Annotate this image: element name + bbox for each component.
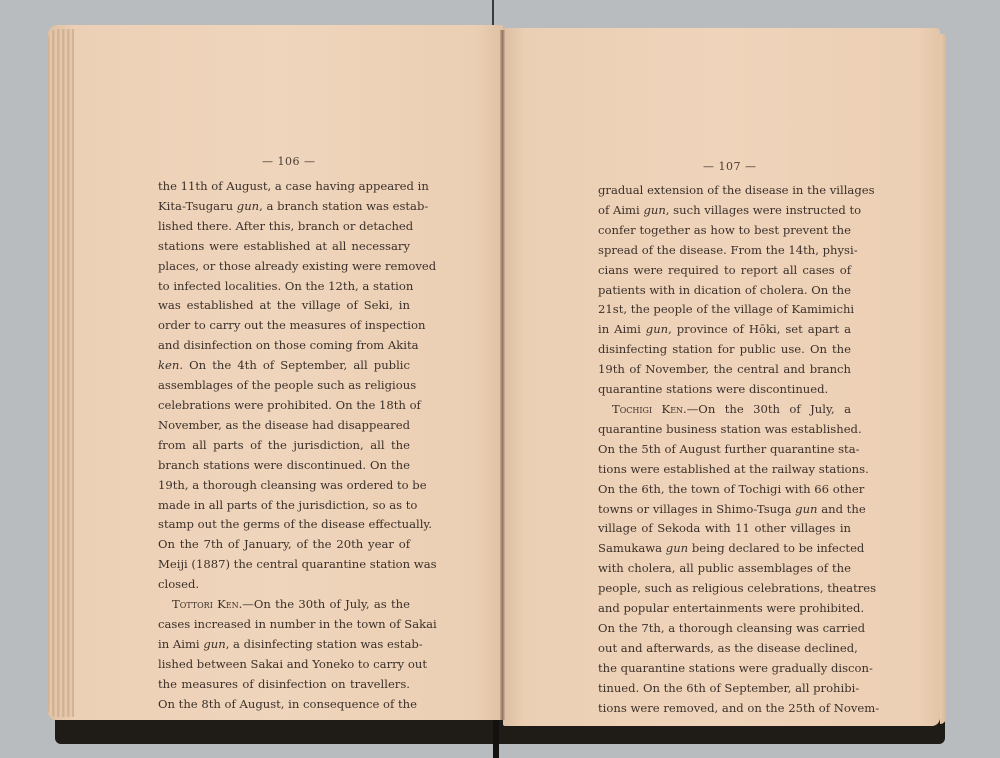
text-line: ken. On the 4th of September, all public	[158, 356, 410, 376]
text-line: Kita-Tsugaru gun, a branch station was e…	[158, 197, 410, 217]
text-line: cases increased in number in the town of…	[158, 615, 410, 635]
text-line: branch stations were discontinued. On th…	[158, 456, 410, 476]
text-line: towns or villages in Shimo-Tsuga gun and…	[598, 500, 851, 520]
text-line: village of Sekoda with 11 other villages…	[598, 519, 851, 539]
text-line: lished there. After this, branch or deta…	[158, 217, 410, 237]
text-line: stations were established at all necessa…	[158, 237, 410, 257]
text-line: Tochigi Ken.—On the 30th of July, a	[598, 400, 851, 420]
text-line: the measures of disinfection on travelle…	[158, 675, 410, 695]
text-line: with cholera, all public assemblages of …	[598, 559, 851, 579]
page-number-left: — 106 —	[262, 155, 316, 168]
text-line: people, such as religious celebrations, …	[598, 579, 851, 599]
text-line: the 11th of August, a case having appear…	[158, 177, 410, 197]
text-line: closed.	[158, 575, 410, 595]
text-line: spread of the disease. From the 14th, ph…	[598, 241, 851, 261]
text-line: Meiji (1887) the central quarantine stat…	[158, 555, 410, 575]
text-line: stamp out the germs of the disease effec…	[158, 515, 410, 535]
text-line: celebrations were prohibited. On the 18t…	[158, 396, 410, 416]
text-line: and popular entertainments were prohibit…	[598, 599, 851, 619]
text-line: On the 6th, the town of Tochigi with 66 …	[598, 480, 851, 500]
text-line: places, or those already existing were r…	[158, 257, 410, 277]
text-line: 19th, a thorough cleansing was ordered t…	[158, 476, 410, 496]
text-line: disinfecting station for public use. On …	[598, 340, 851, 360]
text-line: tions were removed, and on the 25th of N…	[598, 699, 851, 719]
page-edges-right	[940, 34, 946, 724]
text-line: in Aimi gun, a disinfecting station was …	[158, 635, 410, 655]
text-line: On the 7th of January, of the 20th year …	[158, 535, 410, 555]
text-line: order to carry out the measures of inspe…	[158, 316, 410, 336]
spine-shadow	[493, 718, 499, 758]
page-number-right: — 107 —	[703, 160, 757, 173]
text-line: quarantine business station was establis…	[598, 420, 851, 440]
text-line: Tottori Ken.—On the 30th of July, as the	[158, 595, 410, 615]
right-page-body: gradual extension of the disease in the …	[598, 181, 851, 718]
text-line: tinued. On the 6th of September, all pro…	[598, 679, 851, 699]
text-line: tions were established at the railway st…	[598, 460, 851, 480]
text-line: assemblages of the people such as religi…	[158, 376, 410, 396]
text-line: 19th of November, the central and branch	[598, 360, 851, 380]
text-line: quarantine stations were discontinued.	[598, 380, 851, 400]
text-line: On the 7th, a thorough cleansing was car…	[598, 619, 851, 639]
text-line: November, as the disease had disappeared	[158, 416, 410, 436]
page-edges	[48, 29, 74, 717]
text-line: made in all parts of the jurisdiction, s…	[158, 496, 410, 516]
text-line: confer together as how to best prevent t…	[598, 221, 851, 241]
left-page-body: the 11th of August, a case having appear…	[158, 177, 410, 714]
text-line: gradual extension of the disease in the …	[598, 181, 851, 201]
text-line: the quarantine stations were gradually d…	[598, 659, 851, 679]
text-line: and disinfection on those coming from Ak…	[158, 336, 410, 356]
text-line: to infected localities. On the 12th, a s…	[158, 277, 410, 297]
text-line: Samukawa gun being declared to be infect…	[598, 539, 851, 559]
text-line: cians were required to report all cases …	[598, 261, 851, 281]
text-line: out and afterwards, as the disease decli…	[598, 639, 851, 659]
text-line: lished between Sakai and Yoneko to carry…	[158, 655, 410, 675]
text-line: On the 8th of August, in consequence of …	[158, 695, 410, 715]
text-line: was established at the village of Seki, …	[158, 296, 410, 316]
text-line: On the 5th of August further quarantine …	[598, 440, 851, 460]
text-line: of Aimi gun, such villages were instruct…	[598, 201, 851, 221]
text-line: in Aimi gun, province of Hōki, set apart…	[598, 320, 851, 340]
text-line: patients with in dication of cholera. On…	[598, 281, 851, 301]
text-line: from all parts of the jurisdiction, all …	[158, 436, 410, 456]
text-line: 21st, the people of the village of Kamim…	[598, 300, 851, 320]
book-gutter	[500, 30, 505, 720]
